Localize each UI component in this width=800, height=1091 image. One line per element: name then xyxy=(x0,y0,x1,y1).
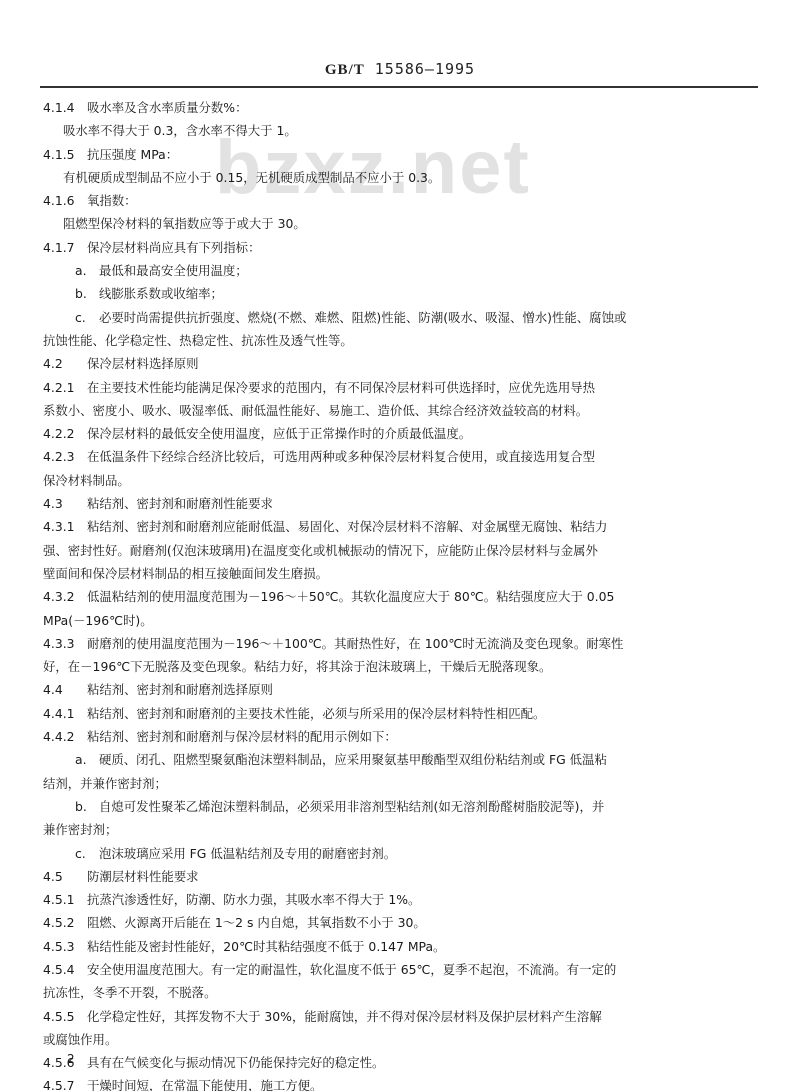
clause-line: 4.3.2低温粘结剂的使用温度范围为－196～＋50℃。其软化温度应大于 80℃… xyxy=(43,585,763,608)
line-text: 化学稳定性好，其挥发物不大于 30%，能耐腐蚀，并不得对保冷层材料及保护层材料产… xyxy=(87,1009,602,1024)
line-text: 必要时尚需提供抗折强度、燃烧(不燃、难燃、阻燃)性能、防潮(吸水、吸湿、憎水)性… xyxy=(99,310,626,325)
line-text: 抗冻性，冬季不开裂，不脱落。 xyxy=(43,985,216,1000)
standard-header: GB/T 15586—1995 xyxy=(0,60,800,79)
line-text: 兼作密封剂； xyxy=(43,822,117,837)
clause-number: 4.5.7 xyxy=(43,1074,87,1091)
line-text: 保冷层材料尚应具有下列指标： xyxy=(87,240,260,255)
body-text-line: 保冷材料制品。 xyxy=(43,469,763,492)
line-text: 防潮层材料性能要求 xyxy=(87,869,199,884)
clause-line: 4.5.2阻燃、火源离开后能在 1～2 s 内自熄，其氧指数不小于 30。 xyxy=(43,911,763,934)
line-text: 阻燃、火源离开后能在 1～2 s 内自熄，其氧指数不小于 30。 xyxy=(87,915,426,930)
line-text: 具有在气候变化与振动情况下仍能保持完好的稳定性。 xyxy=(87,1055,384,1070)
line-text: 自熄可发性聚苯乙烯泡沫塑料制品，必须采用非溶剂型粘结剂(如无溶剂酚醛树脂胶泥等)… xyxy=(99,799,604,814)
line-text: 最低和最高安全使用温度； xyxy=(99,263,248,278)
document-body: 4.1.4吸水率及含水率质量分数%：吸水率不得大于 0.3，含水率不得大于 1。… xyxy=(43,96,763,1091)
clause-number: 4.5.4 xyxy=(43,958,87,981)
line-text: 粘结剂、密封剂和耐磨剂选择原则 xyxy=(87,682,273,697)
clause-number: 4.1.6 xyxy=(43,189,87,212)
clause-line: 4.2保冷层材料选择原则 xyxy=(43,352,763,375)
clause-number: 4.1.5 xyxy=(43,143,87,166)
line-text: 吸水率及含水率质量分数%： xyxy=(87,100,247,115)
list-item-line: c.必要时尚需提供抗折强度、燃烧(不燃、难燃、阻燃)性能、防潮(吸水、吸湿、憎水… xyxy=(43,306,763,329)
clause-line: 4.3粘结剂、密封剂和耐磨剂性能要求 xyxy=(43,492,763,515)
line-text: 硬质、闭孔、阻燃型聚氨酯泡沫塑料制品，应采用聚氨基甲酸酯型双组份粘结剂或 FG … xyxy=(99,752,607,767)
item-letter: b. xyxy=(75,795,99,818)
line-text: 耐磨剂的使用温度范围为－196～＋100℃。其耐热性好，在 100℃时无流淌及变… xyxy=(87,636,623,651)
line-text: 阻燃型保冷材料的氧指数应等于或大于 30。 xyxy=(63,216,306,231)
body-text-line: 兼作密封剂； xyxy=(43,818,763,841)
line-text: 线膨胀系数或收缩率； xyxy=(99,286,223,301)
line-text: 系数小、密度小、吸水、吸湿率低、耐低温性能好、易施工、造价低、其综合经济效益较高… xyxy=(43,403,588,418)
line-text: 在主要技术性能均能满足保冷要求的范围内，有不同保冷层材料可供选择时，应优先选用导… xyxy=(87,380,595,395)
clause-number: 4.3.3 xyxy=(43,632,87,655)
line-text: 好，在－196℃下无脱落及变色现象。粘结力好，将其涂于泡沫玻璃上，干燥后无脱落现… xyxy=(43,659,551,674)
clause-line: 4.2.2保冷层材料的最低安全使用温度，应低于正常操作时的介质最低温度。 xyxy=(43,422,763,445)
line-text: 结剂，并兼作密封剂； xyxy=(43,776,167,791)
clause-number: 4.3.2 xyxy=(43,585,87,608)
clause-number: 4.5.6 xyxy=(43,1051,87,1074)
clause-line: 4.5.3粘结性能及密封性能好，20℃时其粘结强度不低于 0.147 MPa。 xyxy=(43,935,763,958)
line-text: 氧指数： xyxy=(87,193,137,208)
list-item-line: b.自熄可发性聚苯乙烯泡沫塑料制品，必须采用非溶剂型粘结剂(如无溶剂酚醛树脂胶泥… xyxy=(43,795,763,818)
body-text-line: 好，在－196℃下无脱落及变色现象。粘结力好，将其涂于泡沫玻璃上，干燥后无脱落现… xyxy=(43,655,763,678)
clause-line: 4.1.6氧指数： xyxy=(43,189,763,212)
clause-number: 4.2.1 xyxy=(43,376,87,399)
clause-line: 4.5.4安全使用温度范围大。有一定的耐温性，软化温度不低于 65℃，夏季不起泡… xyxy=(43,958,763,981)
item-letter: c. xyxy=(75,842,99,865)
body-text-line: 系数小、密度小、吸水、吸湿率低、耐低温性能好、易施工、造价低、其综合经济效益较高… xyxy=(43,399,763,422)
body-text-line: 阻燃型保冷材料的氧指数应等于或大于 30。 xyxy=(43,212,763,235)
clause-number: 4.5.1 xyxy=(43,888,87,911)
line-text: 或腐蚀作用。 xyxy=(43,1032,117,1047)
clause-line: 4.2.3在低温条件下经综合经济比较后，可选用两种或多种保冷层材料复合使用，或直… xyxy=(43,445,763,468)
clause-number: 4.2.3 xyxy=(43,445,87,468)
clause-line: 4.3.1粘结剂、密封剂和耐磨剂应能耐低温、易固化、对保冷层材料不溶解、对金属壁… xyxy=(43,515,763,538)
line-text: 粘结剂、密封剂和耐磨剂与保冷层材料的配用示例如下： xyxy=(87,729,397,744)
clause-line: 4.1.4吸水率及含水率质量分数%： xyxy=(43,96,763,119)
clause-number: 4.1.7 xyxy=(43,236,87,259)
line-text: 强、密封性好。耐磨剂(仅泡沫玻璃用)在温度变化或机械振动的情况下，应能防止保冷层… xyxy=(43,543,598,558)
clause-line: 4.5.1抗蒸汽渗透性好，防潮、防水力强，其吸水率不得大于 1%。 xyxy=(43,888,763,911)
line-text: 吸水率不得大于 0.3，含水率不得大于 1。 xyxy=(63,123,297,138)
clause-number: 4.1.4 xyxy=(43,96,87,119)
body-text-line: 吸水率不得大于 0.3，含水率不得大于 1。 xyxy=(43,119,763,142)
line-text: 粘结剂、密封剂和耐磨剂的主要技术性能，必须与所采用的保冷层材料特性相匹配。 xyxy=(87,706,545,721)
body-text-line: 有机硬质成型制品不应小于 0.15，无机硬质成型制品不应小于 0.3。 xyxy=(43,166,763,189)
standard-prefix: GB/T xyxy=(325,62,365,78)
line-text: 在低温条件下经综合经济比较后，可选用两种或多种保冷层材料复合使用，或直接选用复合… xyxy=(87,449,595,464)
clause-line: 4.5.6具有在气候变化与振动情况下仍能保持完好的稳定性。 xyxy=(43,1051,763,1074)
clause-line: 4.5.7干燥时间短，在常温下能使用，施工方便。 xyxy=(43,1074,763,1091)
clause-number: 4.5 xyxy=(43,865,87,888)
page-number: 2 xyxy=(67,1052,75,1066)
clause-number: 4.3 xyxy=(43,492,87,515)
standard-number: 15586—1995 xyxy=(375,60,475,78)
item-letter: b. xyxy=(75,282,99,305)
line-text: MPa(－196℃时)。 xyxy=(43,613,153,628)
line-text: 有机硬质成型制品不应小于 0.15，无机硬质成型制品不应小于 0.3。 xyxy=(63,170,440,185)
clause-line: 4.3.3耐磨剂的使用温度范围为－196～＋100℃。其耐热性好，在 100℃时… xyxy=(43,632,763,655)
body-text-line: MPa(－196℃时)。 xyxy=(43,609,763,632)
clause-number: 4.4 xyxy=(43,678,87,701)
clause-number: 4.4.1 xyxy=(43,702,87,725)
clause-number: 4.2.2 xyxy=(43,422,87,445)
line-text: 干燥时间短，在常温下能使用，施工方便。 xyxy=(87,1078,322,1091)
line-text: 低温粘结剂的使用温度范围为－196～＋50℃。其软化温度应大于 80℃。粘结强度… xyxy=(87,589,614,604)
clause-line: 4.1.5抗压强度 MPa： xyxy=(43,143,763,166)
body-text-line: 壁面间和保冷层材料制品的相互接触面间发生磨损。 xyxy=(43,562,763,585)
body-text-line: 抗蚀性能、化学稳定性、热稳定性、抗冻性及透气性等。 xyxy=(43,329,763,352)
line-text: 抗压强度 MPa： xyxy=(87,147,178,162)
line-text: 泡沫玻璃应采用 FG 低温粘结剂及专用的耐磨密封剂。 xyxy=(99,846,396,861)
clause-line: 4.4.2粘结剂、密封剂和耐磨剂与保冷层材料的配用示例如下： xyxy=(43,725,763,748)
clause-line: 4.4粘结剂、密封剂和耐磨剂选择原则 xyxy=(43,678,763,701)
clause-number: 4.4.2 xyxy=(43,725,87,748)
item-letter: a. xyxy=(75,259,99,282)
clause-number: 4.5.5 xyxy=(43,1005,87,1028)
clause-line: 4.5.5化学稳定性好，其挥发物不大于 30%，能耐腐蚀，并不得对保冷层材料及保… xyxy=(43,1005,763,1028)
list-item-line: b.线膨胀系数或收缩率； xyxy=(43,282,763,305)
item-letter: c. xyxy=(75,306,99,329)
clause-number: 4.3.1 xyxy=(43,515,87,538)
clause-line: 4.1.7保冷层材料尚应具有下列指标： xyxy=(43,236,763,259)
body-text-line: 抗冻性，冬季不开裂，不脱落。 xyxy=(43,981,763,1004)
list-item-line: a.最低和最高安全使用温度； xyxy=(43,259,763,282)
line-text: 粘结剂、密封剂和耐磨剂性能要求 xyxy=(87,496,273,511)
line-text: 安全使用温度范围大。有一定的耐温性，软化温度不低于 65℃，夏季不起泡，不流淌。… xyxy=(87,962,616,977)
header-rule xyxy=(40,86,758,88)
clause-number: 4.5.2 xyxy=(43,911,87,934)
document-page: GB/T 15586—1995 bzxz.net 4.1.4吸水率及含水率质量分… xyxy=(0,0,800,1091)
clause-number: 4.2 xyxy=(43,352,87,375)
item-letter: a. xyxy=(75,748,99,771)
list-item-line: c.泡沫玻璃应采用 FG 低温粘结剂及专用的耐磨密封剂。 xyxy=(43,842,763,865)
line-text: 壁面间和保冷层材料制品的相互接触面间发生磨损。 xyxy=(43,566,328,581)
line-text: 保冷层材料的最低安全使用温度，应低于正常操作时的介质最低温度。 xyxy=(87,426,471,441)
clause-line: 4.5防潮层材料性能要求 xyxy=(43,865,763,888)
line-text: 粘结剂、密封剂和耐磨剂应能耐低温、易固化、对保冷层材料不溶解、对金属壁无腐蚀、粘… xyxy=(87,519,607,534)
list-item-line: a.硬质、闭孔、阻燃型聚氨酯泡沫塑料制品，应采用聚氨基甲酸酯型双组份粘结剂或 F… xyxy=(43,748,763,771)
line-text: 抗蒸汽渗透性好，防潮、防水力强，其吸水率不得大于 1%。 xyxy=(87,892,420,907)
body-text-line: 强、密封性好。耐磨剂(仅泡沫玻璃用)在温度变化或机械振动的情况下，应能防止保冷层… xyxy=(43,539,763,562)
line-text: 抗蚀性能、化学稳定性、热稳定性、抗冻性及透气性等。 xyxy=(43,333,353,348)
line-text: 粘结性能及密封性能好，20℃时其粘结强度不低于 0.147 MPa。 xyxy=(87,939,445,954)
clause-number: 4.5.3 xyxy=(43,935,87,958)
clause-line: 4.4.1粘结剂、密封剂和耐磨剂的主要技术性能，必须与所采用的保冷层材料特性相匹… xyxy=(43,702,763,725)
line-text: 保冷层材料选择原则 xyxy=(87,356,199,371)
clause-line: 4.2.1在主要技术性能均能满足保冷要求的范围内，有不同保冷层材料可供选择时，应… xyxy=(43,376,763,399)
body-text-line: 结剂，并兼作密封剂； xyxy=(43,772,763,795)
line-text: 保冷材料制品。 xyxy=(43,473,130,488)
body-text-line: 或腐蚀作用。 xyxy=(43,1028,763,1051)
